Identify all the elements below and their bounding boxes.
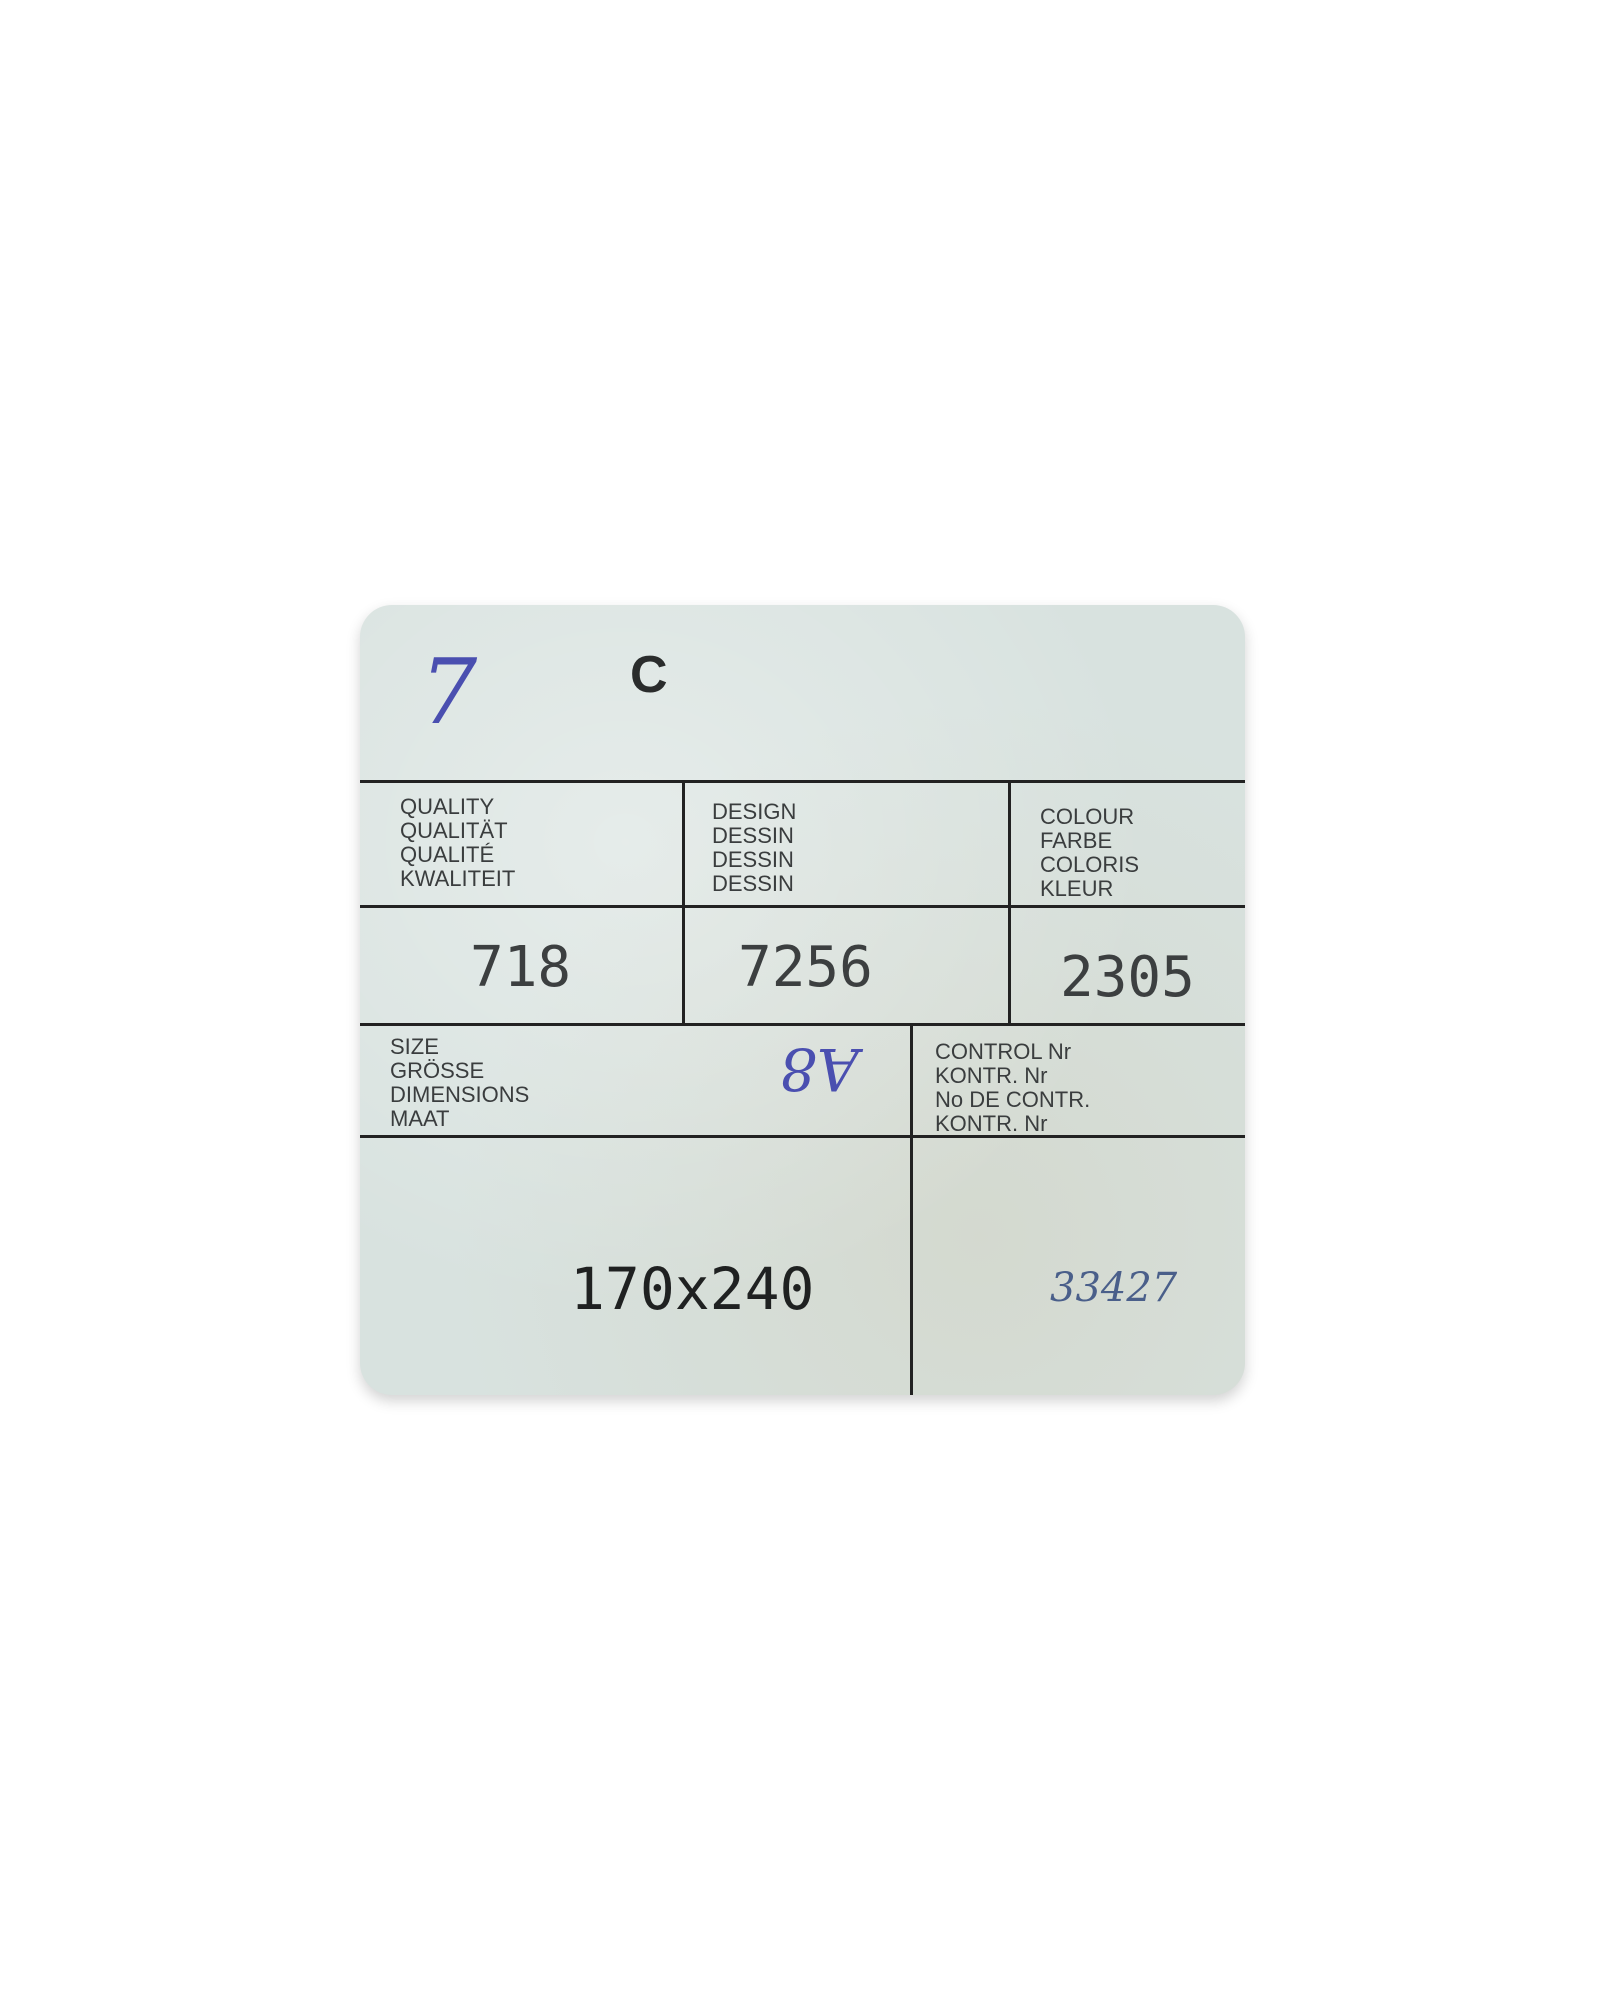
design-label: DESIGN DESSIN DESSIN DESSIN <box>712 800 796 896</box>
design-value: 7256 <box>738 935 873 1000</box>
colour-label: COLOUR FARBE COLORIS KLEUR <box>1040 805 1139 901</box>
grid-line <box>682 780 685 1023</box>
rug-label: C 7 QUALITY QUALITÄT QUALITÉ KWALITEIT D… <box>360 605 1245 1395</box>
control-value: 33427 <box>1050 1265 1177 1311</box>
size-value: 170x240 <box>570 1255 814 1323</box>
grid-line <box>1008 780 1011 1023</box>
grid-line <box>360 1023 1245 1026</box>
colour-value: 2305 <box>1060 945 1195 1010</box>
quality-value: 718 <box>470 935 571 1000</box>
handwritten-mark: 7 <box>420 640 477 745</box>
grid-line <box>360 1135 1245 1138</box>
quality-label: QUALITY QUALITÄT QUALITÉ KWALITEIT <box>400 795 515 891</box>
size-handwritten: A8 <box>780 1035 859 1103</box>
size-label: SIZE GRÖSSE DIMENSIONS MAAT <box>390 1035 529 1131</box>
grid-line <box>910 1023 913 1395</box>
grid-line <box>360 780 1245 783</box>
control-label: CONTROL Nr KONTR. Nr No DE CONTR. KONTR.… <box>935 1040 1090 1136</box>
header-mark: C <box>630 645 668 705</box>
grid-line <box>360 905 1245 908</box>
